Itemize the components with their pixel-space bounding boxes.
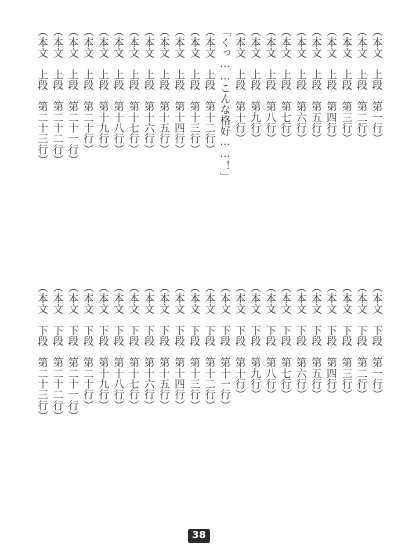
text-column: （本文 下段 第八行） xyxy=(262,282,277,510)
text-column: （本文 下段 第三行） xyxy=(338,282,353,510)
top-tier-text: （本文 上段 第一行）（本文 上段 第二行）（本文 上段 第三行）（本文 上段 … xyxy=(22,26,384,266)
text-column: （本文 上段 第六行） xyxy=(293,26,308,266)
text-column: （本文 下段 第十二行） xyxy=(202,282,217,510)
text-column: （本文 下段 第二十二行） xyxy=(50,282,65,510)
text-column: （本文 上段 第十八行） xyxy=(110,26,125,266)
bottom-tier-text: （本文 下段 第一行）（本文 下段 第二行）（本文 下段 第三行）（本文 下段 … xyxy=(22,282,384,510)
text-column: （本文 下段 第十八行） xyxy=(110,282,125,510)
text-column: （本文 下段 第十三行） xyxy=(186,282,201,510)
text-column: （本文 下段 第十五行） xyxy=(156,282,171,510)
text-column: （本文 上段 第五行） xyxy=(308,26,323,266)
text-column: （本文 下段 第六行） xyxy=(293,282,308,510)
text-column: （本文 下段 第十一行） xyxy=(217,282,232,510)
text-column: （本文 下段 第四行） xyxy=(323,282,338,510)
text-column: （本文 下段 第一行） xyxy=(369,282,384,510)
text-column: （本文 上段 第四行） xyxy=(323,26,338,266)
text-column: （本文 上段 第三行） xyxy=(338,26,353,266)
text-column: （本文 下段 第十六行） xyxy=(141,282,156,510)
text-column: （本文 下段 第九行） xyxy=(247,282,262,510)
text-column: （本文 上段 第二行） xyxy=(354,26,369,266)
text-column: （本文 下段 第十七行） xyxy=(126,282,141,510)
text-column: （本文 下段 第二十行） xyxy=(80,282,95,510)
text-column: （本文 上段 第十二行） xyxy=(202,26,217,266)
text-column: （本文 上段 第一行） xyxy=(369,26,384,266)
text-column: （本文 上段 第十七行） xyxy=(126,26,141,266)
text-column: （本文 下段 第二行） xyxy=(354,282,369,510)
text-column: （本文 上段 第二十三行） xyxy=(34,26,49,266)
text-column: （本文 上段 第十六行） xyxy=(141,26,156,266)
text-column: （本文 上段 第七行） xyxy=(278,26,293,266)
text-column: （本文 下段 第七行） xyxy=(278,282,293,510)
text-column: （本文 下段 第十四行） xyxy=(171,282,186,510)
text-column: （本文 上段 第八行） xyxy=(262,26,277,266)
text-column: （本文 上段 第二十一行） xyxy=(65,26,80,266)
text-column: （本文 上段 第九行） xyxy=(247,26,262,266)
text-column: 「くっ……こんな格好……！」 xyxy=(217,26,232,266)
text-column: （本文 下段 第十行） xyxy=(232,282,247,510)
text-column: （本文 上段 第二十二行） xyxy=(50,26,65,266)
text-column: （本文 上段 第十九行） xyxy=(95,26,110,266)
page-number: 38 xyxy=(188,529,210,543)
text-column: （本文 上段 第十五行） xyxy=(156,26,171,266)
text-column: （本文 下段 第十九行） xyxy=(95,282,110,510)
text-column: （本文 上段 第十三行） xyxy=(186,26,201,266)
text-column: （本文 下段 第二十三行） xyxy=(34,282,49,510)
text-column: （本文 上段 第十行） xyxy=(232,26,247,266)
text-column: （本文 上段 第十四行） xyxy=(171,26,186,266)
text-column: （本文 上段 第二十行） xyxy=(80,26,95,266)
text-column: （本文 下段 第二十一行） xyxy=(65,282,80,510)
text-column: （本文 下段 第五行） xyxy=(308,282,323,510)
